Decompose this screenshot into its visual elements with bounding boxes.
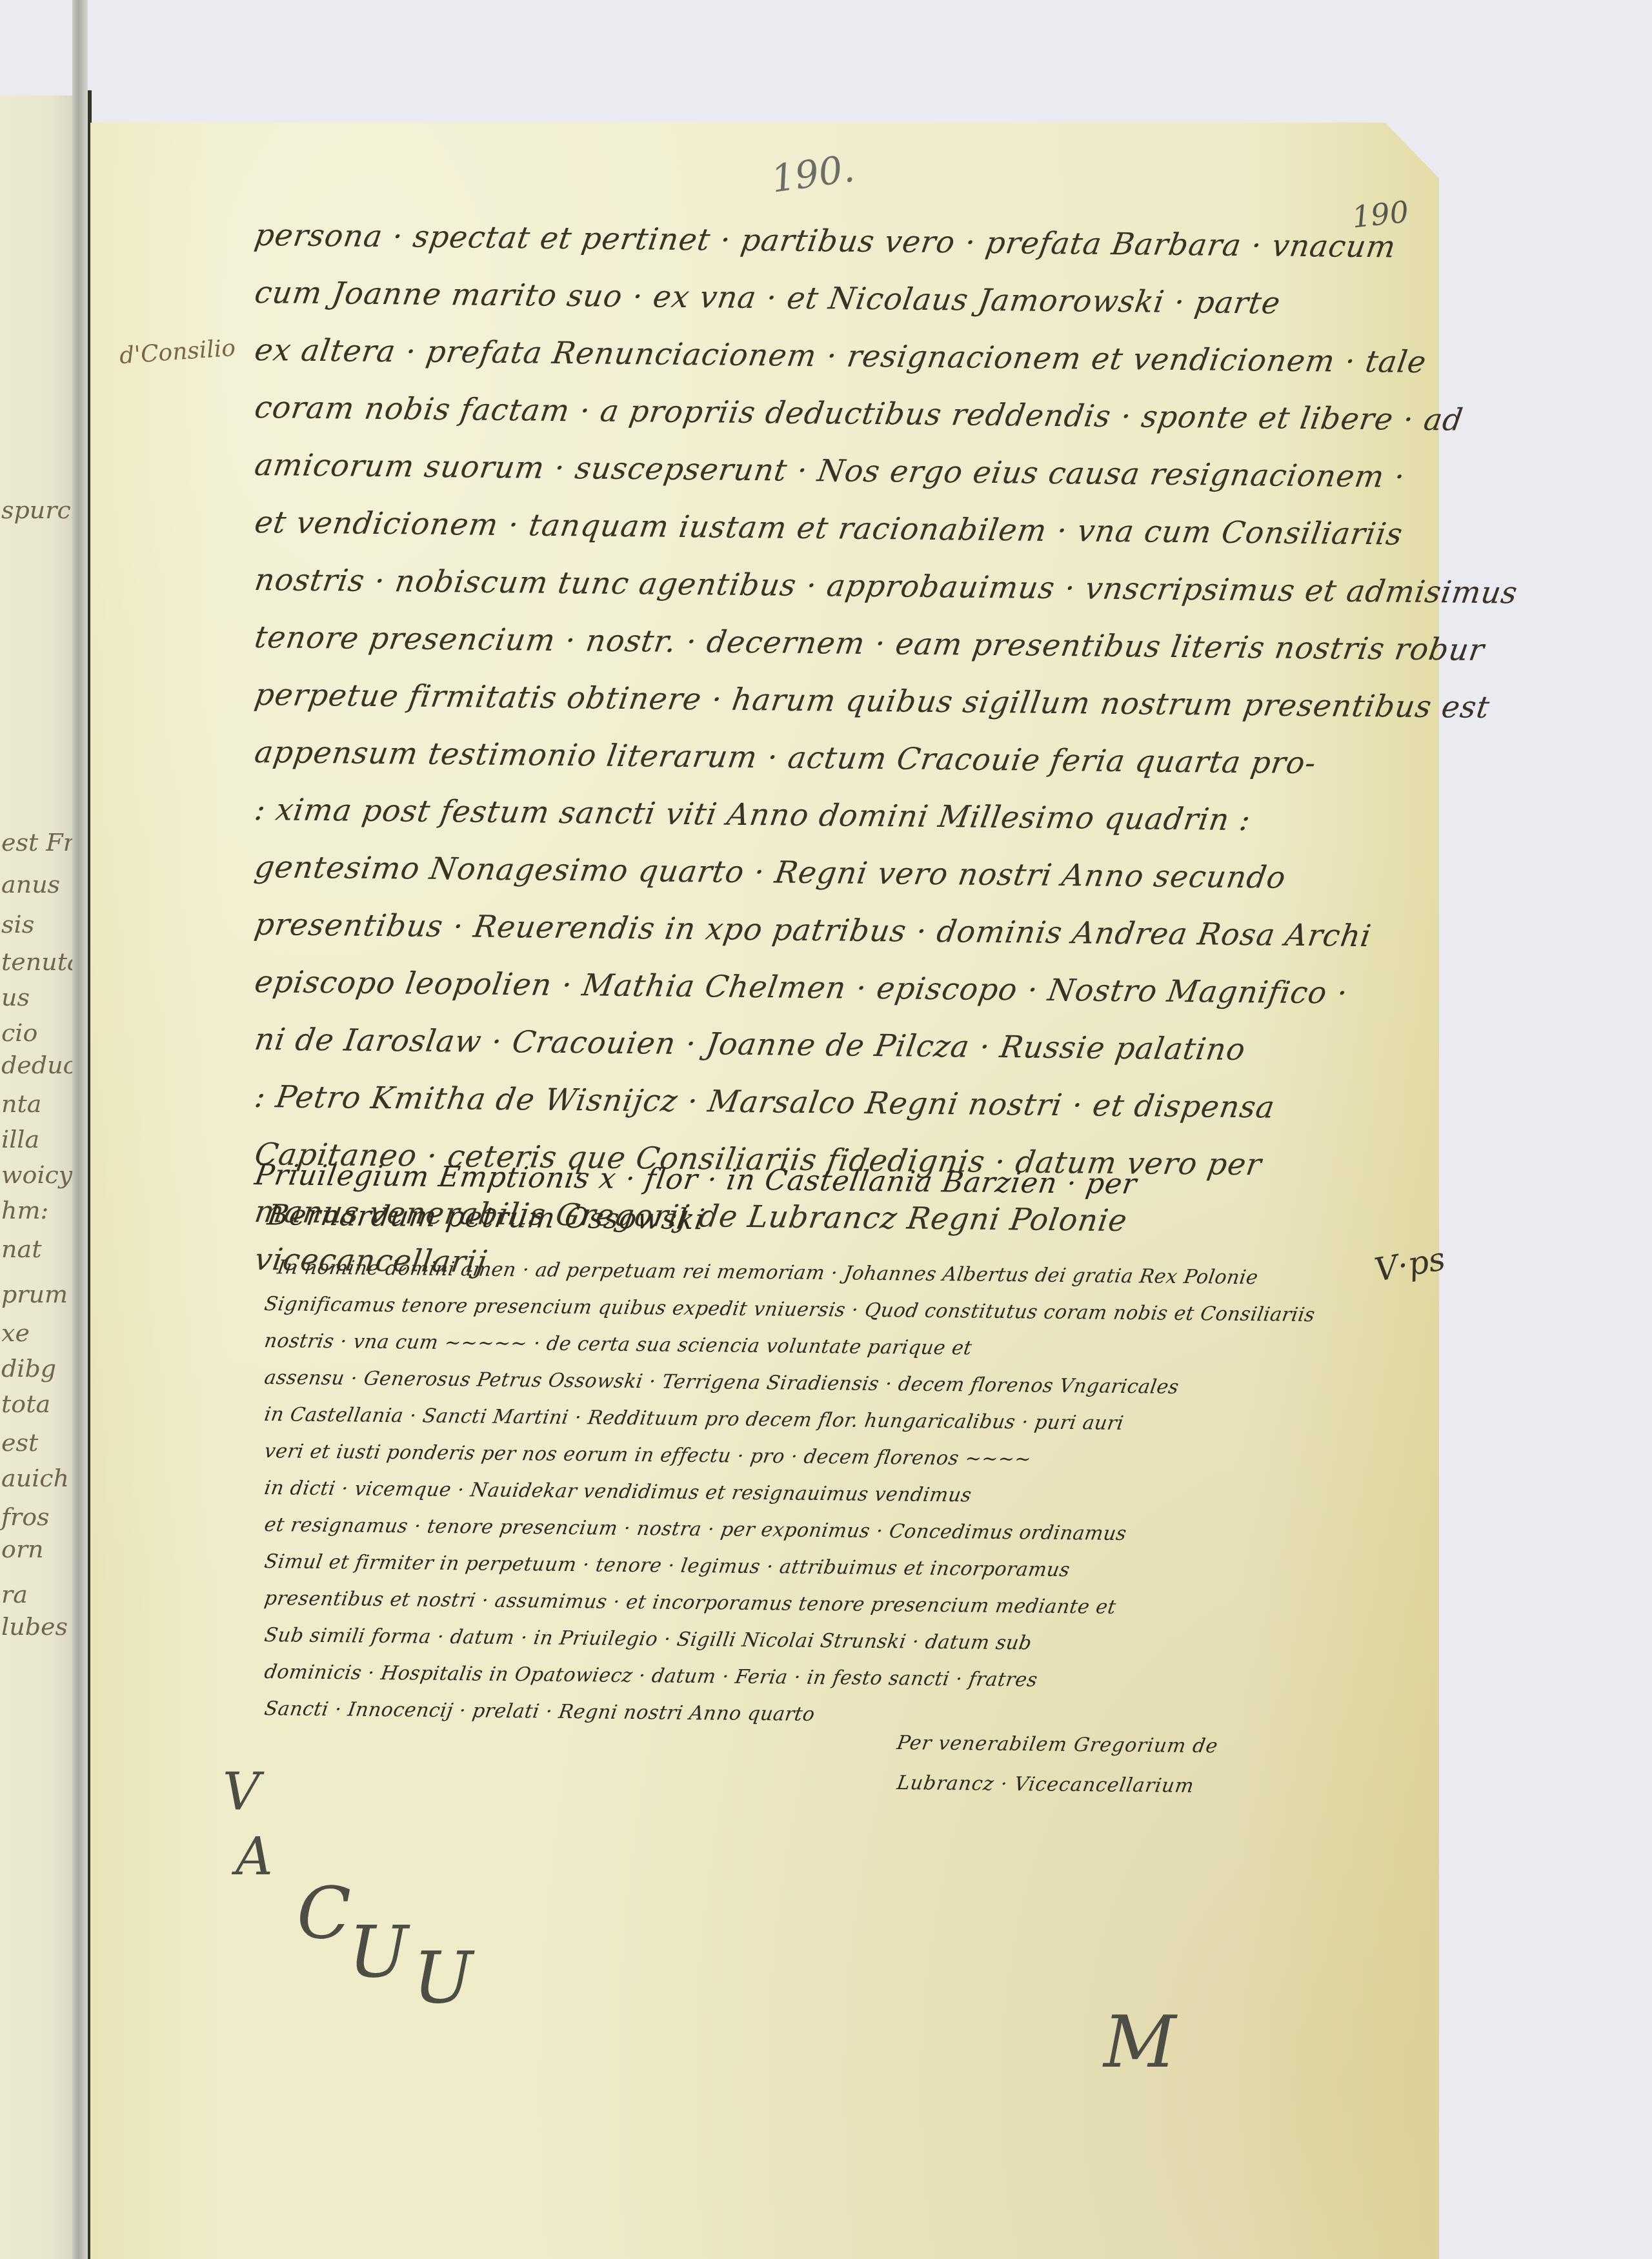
main-text-block: persona · spectat et pertinet · partibus… [255,207,1371,1279]
margin-fragment: deducta [1,1051,72,1079]
margin-fragment: fros [1,1503,72,1531]
facing-page-edge: spurch est Fri anus sis tenuta us cio de… [0,96,72,2259]
pencil-mark: U [348,1910,408,1993]
margin-fragment: us [1,983,72,1011]
pencil-mark: U [413,1936,473,2019]
signature-line: Per venerabilem Gregorium de [894,1723,1221,1767]
margin-fragment: dibg [1,1354,72,1383]
margin-fragment: lubes [1,1612,72,1641]
margin-fragment: sis [1,910,72,938]
margin-fragment: orn [1,1535,72,1563]
margin-fragment: auich [1,1464,72,1492]
pencil-mark: A [236,1827,273,1887]
margin-fragment: xe [1,1319,72,1347]
margin-fragment: anus [1,870,72,898]
margin-fragment: tenuta [1,947,72,976]
margin-fragment: cio [1,1018,72,1047]
margin-fragment: spurch [1,496,72,524]
margin-fragment: prum [1,1280,72,1308]
book-gutter [72,0,88,2259]
pencil-mark: V [223,1762,260,1822]
margin-fragment: ra [1,1580,72,1608]
charter-text-block: In nomine domini amen · ad perpetuam rei… [265,1249,1375,1727]
margin-fragment: nat [1,1235,72,1263]
margin-fragment: hm: [1,1196,72,1224]
privilege-heading: Priuilegium Emptionis x · flor · in Cast… [255,1155,1371,1235]
signature-line: Lubrancz · Vicecancellarium [894,1763,1221,1807]
margin-fragment: tota [1,1390,72,1418]
margin-fragment: woicy [1,1160,72,1189]
margin-fragment: est [1,1428,72,1457]
pencil-mark: C [297,1872,351,1954]
signature-block: Per venerabilem Gregorium de Lubrancz · … [897,1723,1218,1803]
margin-fragment: est Fri [1,828,72,856]
margin-fragment: illa [1,1125,72,1153]
pencil-mark: M [1103,2001,1176,2083]
margin-fragment: nta [1,1089,72,1118]
